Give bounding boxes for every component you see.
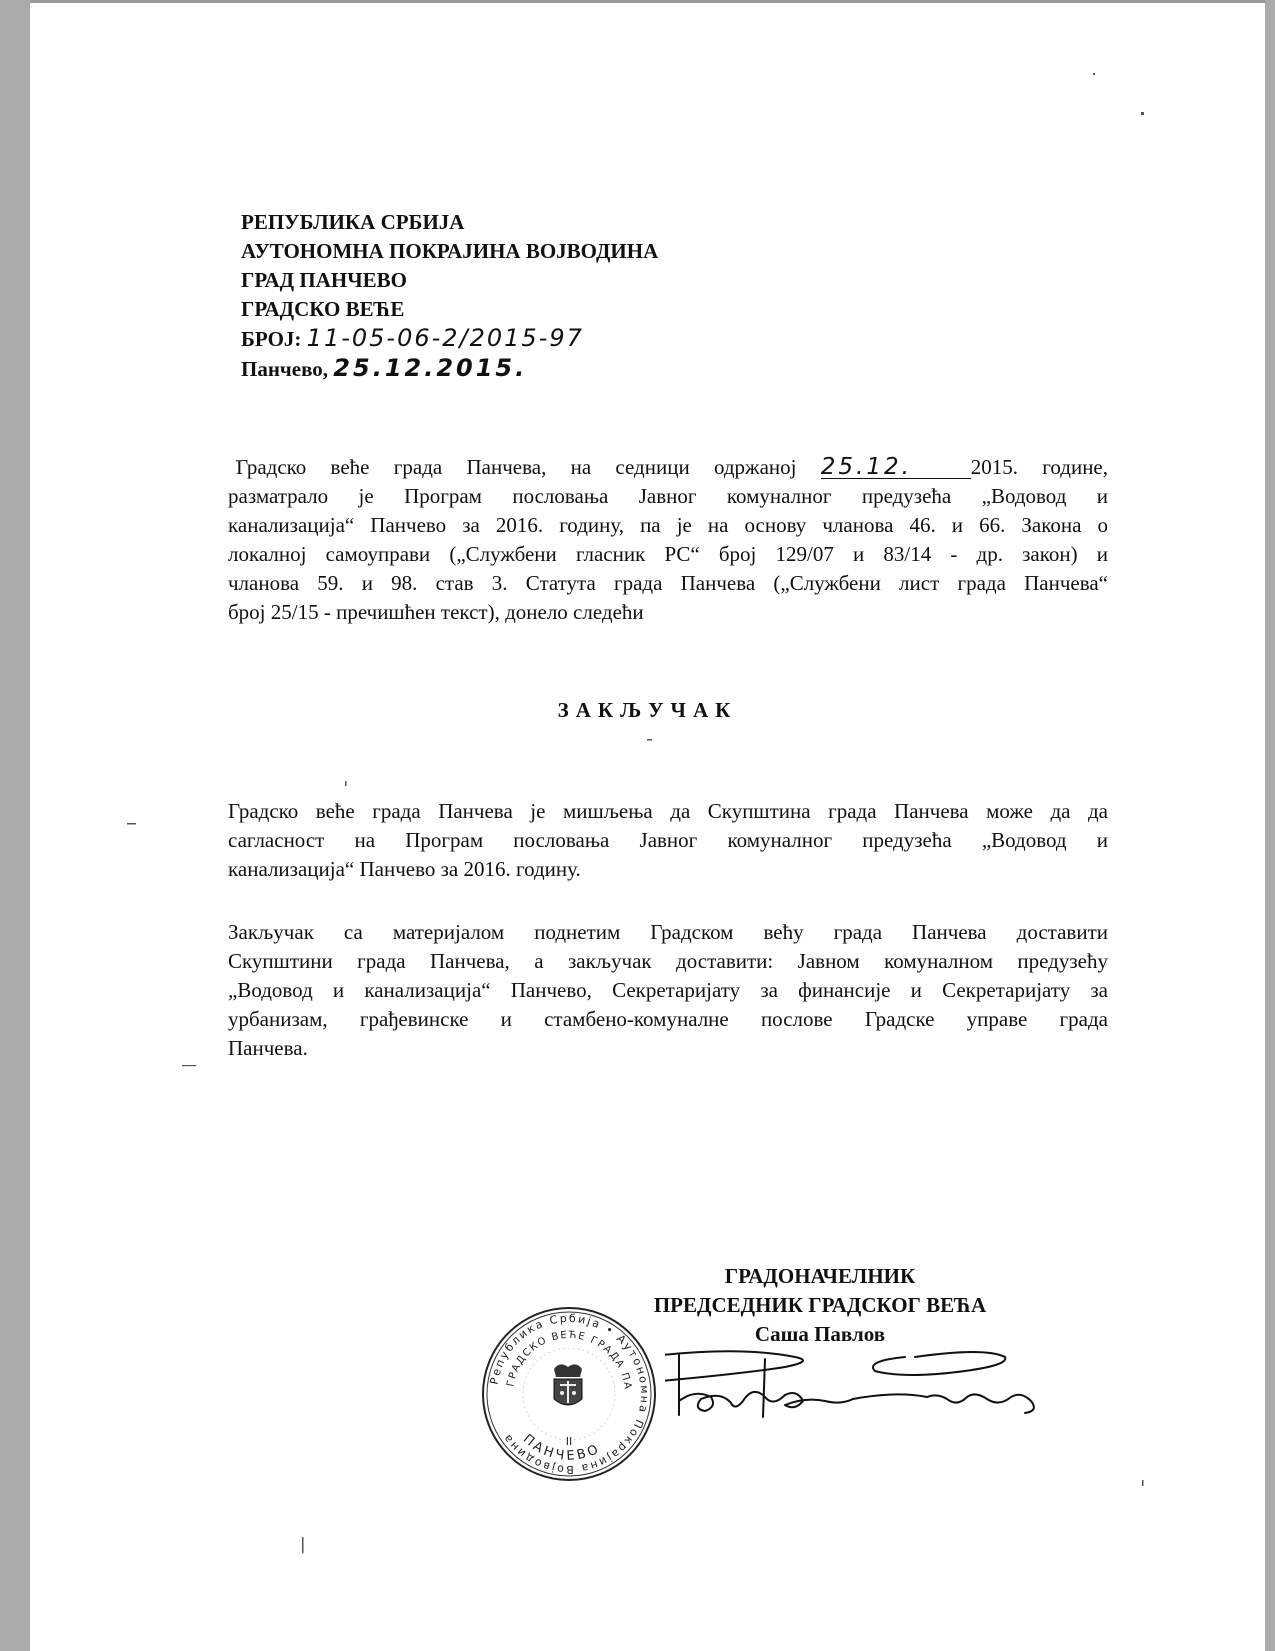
delivery-line: урбанизам, грађевинске и стамбено-комуна… — [228, 1005, 1108, 1034]
signatory-title-president: ПРЕДСЕДНИК ГРАДСКОГ ВЕЋА — [600, 1291, 1040, 1320]
conclusion-line: канализација“ Панчево за 2016. годину. — [228, 855, 1108, 884]
delivery-paragraph: Закључак са материјалом поднетим Градско… — [228, 918, 1108, 1063]
stamp-number: II — [566, 1435, 573, 1448]
document-title: ЗАКЉУЧАК — [0, 698, 1275, 723]
document-number: БРОЈ: 11-05-06-2/2015-97 — [241, 324, 658, 354]
document-header: РЕПУБЛИКА СРБИЈА АУТОНОМНА ПОКРАЈИНА ВОЈ… — [241, 208, 658, 384]
signatory-title-mayor: ГРАДОНАЧЕЛНИК — [600, 1262, 1040, 1291]
preamble-line: чланова 59. и 98. став 3. Статута града … — [228, 569, 1108, 598]
delivery-line: „Водовод и канализација“ Панчево, Секрет… — [228, 976, 1108, 1005]
document-place-date: Панчево, 25.12.2015. — [241, 354, 658, 384]
session-date-handwritten: 25.12. — [821, 454, 912, 480]
document-number-value: 11-05-06-2/2015-97 — [307, 324, 584, 352]
conclusion-paragraph: Градско веће града Панчева је мишљења да… — [228, 797, 1108, 884]
preamble-line: разматрало је Програм пословања Јавног к… — [228, 482, 1108, 511]
delivery-line: Скупштини града Панчева, а закључак дост… — [228, 947, 1108, 976]
place-label: Панчево, — [241, 357, 328, 381]
scan-border-right — [1265, 0, 1275, 1651]
signature-block: ГРАДОНАЧЕЛНИК ПРЕДСЕДНИК ГРАДСКОГ ВЕЋА С… — [600, 1262, 1040, 1349]
session-date-blank: 25.12. — [821, 456, 971, 479]
header-line-republic: РЕПУБЛИКА СРБИЈА — [241, 208, 658, 237]
header-line-city: ГРАД ПАНЧЕВО — [241, 266, 658, 295]
scan-border-left — [0, 0, 30, 1651]
handwritten-date: 25.12.2015. — [333, 354, 527, 382]
preamble-line: канализација“ Панчево за 2016. годину, п… — [228, 511, 1108, 540]
conclusion-line: Градско веће града Панчева је мишљења да… — [228, 797, 1108, 826]
header-line-council: ГРАДСКО ВЕЋЕ — [241, 295, 658, 324]
session-date-suffix: 2015. године, — [971, 455, 1108, 479]
preamble-line-text: Градско веће града Панчева, на седници о… — [236, 455, 796, 479]
delivery-line: Закључак са материјалом поднетим Градско… — [228, 918, 1108, 947]
official-seal-stamp-icon: Република Србија • Аутономна Покрајина В… — [480, 1305, 658, 1483]
scan-border-top — [30, 0, 1265, 3]
preamble-paragraph: Градско веће града Панчева, на седници о… — [228, 453, 1108, 627]
preamble-line: локалној самоуправи („Службени гласник Р… — [228, 540, 1108, 569]
header-line-province: АУТОНОМНА ПОКРАЈИНА ВОЈВОДИНА — [241, 237, 658, 266]
preamble-line: Градско веће града Панчева, на седници о… — [228, 453, 1108, 482]
conclusion-line: сагласност на Програм пословања Јавног к… — [228, 826, 1108, 855]
document-number-label: БРОЈ: — [241, 327, 301, 351]
delivery-line: Панчева. — [228, 1034, 1108, 1063]
handwritten-signature-icon — [665, 1345, 1065, 1425]
preamble-line: број 25/15 - пречишћен текст), донело сл… — [228, 598, 1108, 627]
